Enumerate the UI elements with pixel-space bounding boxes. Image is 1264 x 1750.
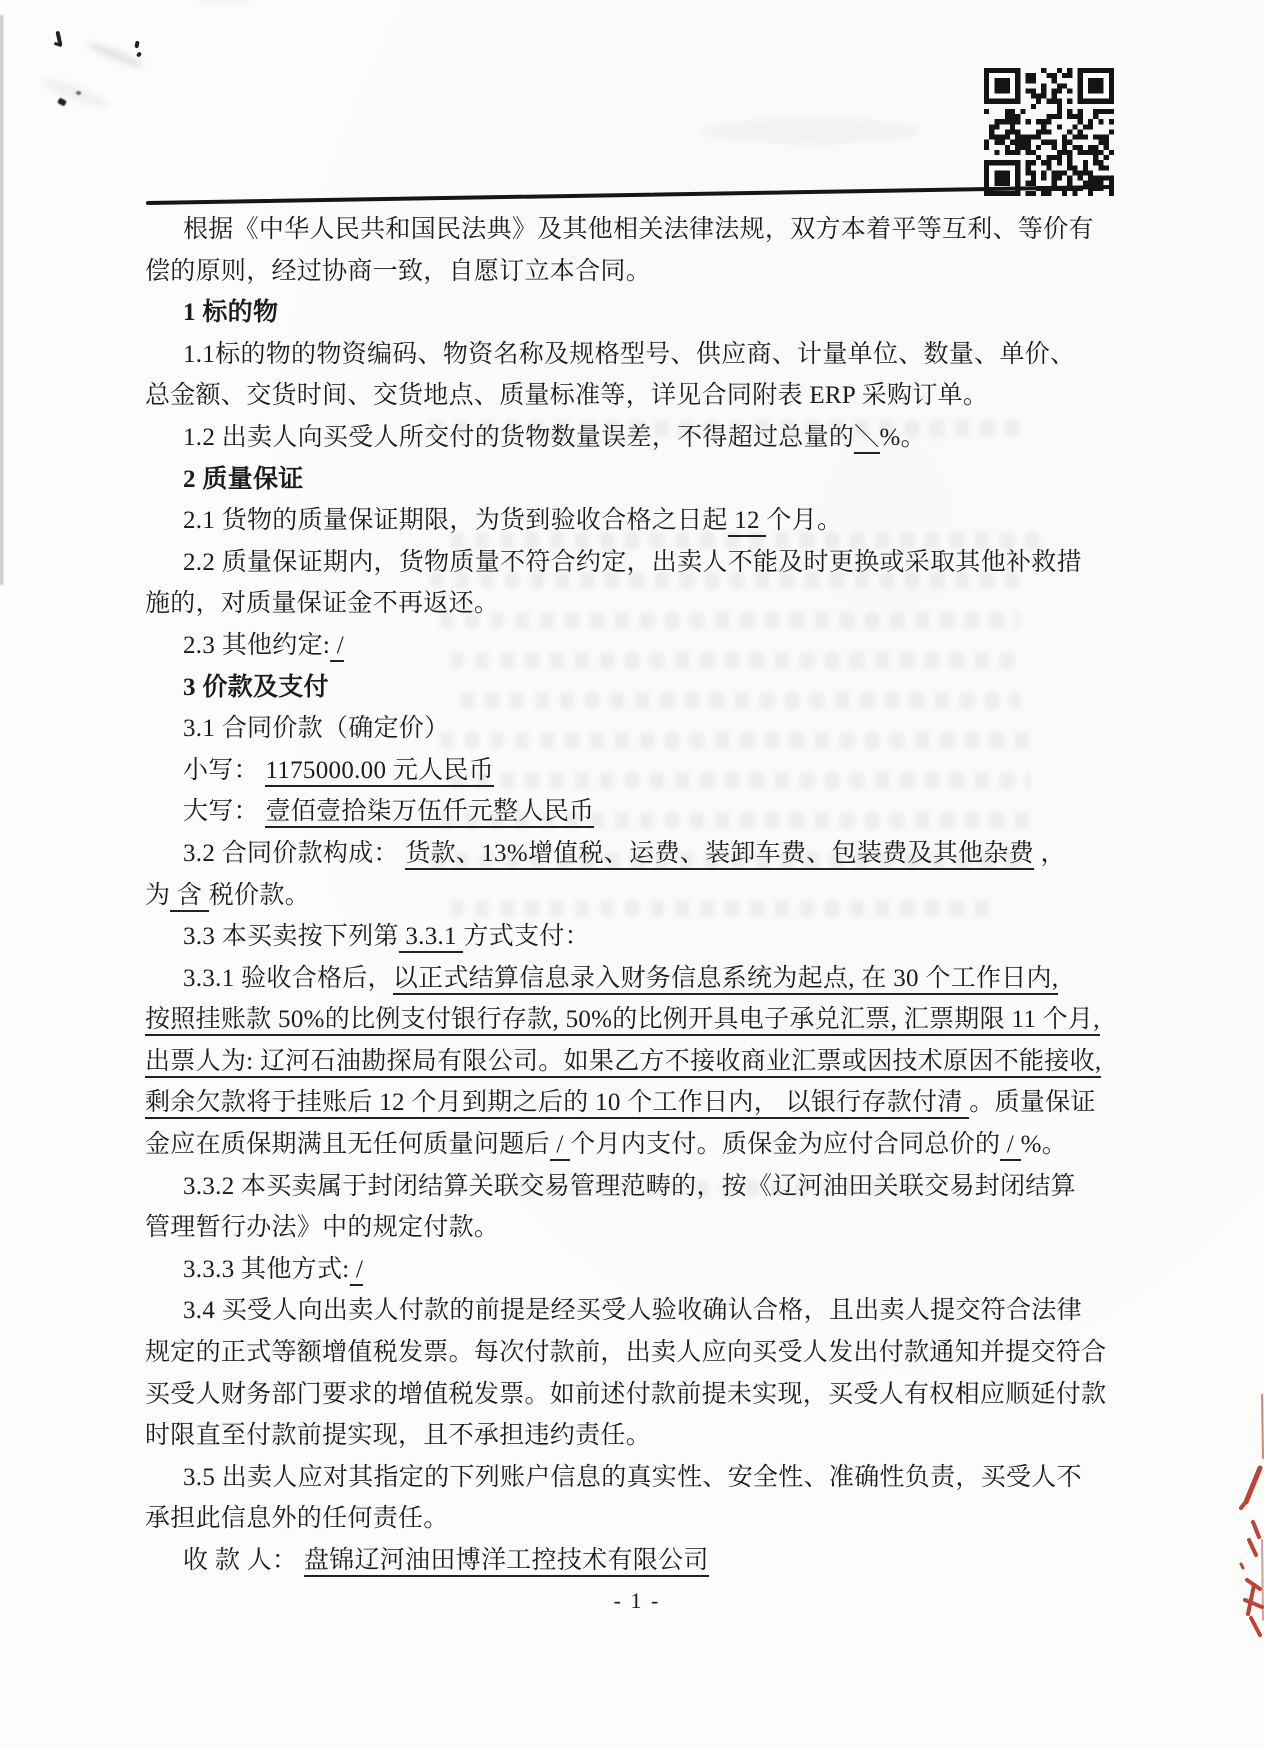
text-line: 为 含 税价款。: [145, 875, 1050, 917]
text-line: 小写： 1175000.00 元人民币: [145, 750, 1050, 792]
pen-mark: [136, 51, 142, 57]
text-line: 2.2 质量保证期内，货物质量不符合约定，出卖人不能及时更换或采取其他补救措: [145, 542, 1050, 584]
text-line: 3.3.2 本买卖属于封闭结算关联交易管理范畴的，按《辽河油田关联交易封闭结算: [145, 1166, 1050, 1208]
text-line: 1 标的物: [145, 292, 1050, 334]
text-line: 1.2 出卖人向买受人所交付的货物数量误差，不得超过总量的＼%。: [145, 417, 1050, 459]
text-line: 出票人为: 辽河石油勘探局有限公司。如果乙方不接收商业汇票或因技术原因不能接收,: [145, 1041, 1050, 1083]
page-number: - 1 -: [10, 1588, 1264, 1614]
qr-code: [984, 68, 1114, 196]
text-line: 总金额、交货时间、交货地点、质量标准等，详见合同附表 ERP 采购订单。: [145, 375, 1050, 417]
text-line: 偿的原则，经过协商一致，自愿订立本合同。: [145, 251, 1050, 293]
text-line: 剩余欠款将于挂账后 12 个月到期之后的 10 个工作日内， 以银行存款付清 。…: [145, 1082, 1050, 1124]
text-line: 规定的正式等额增值税发票。每次付款前，出卖人应向买受人发出付款通知并提交符合: [145, 1332, 1050, 1374]
pen-mark: [134, 41, 139, 49]
text-line: 金应在质保期满且无任何质量问题后 / 个月内支付。质保金为应付合同总价的 / %…: [145, 1124, 1050, 1166]
scan-edge-shadow: [0, 15, 3, 585]
text-line: 买受人财务部门要求的增值税发票。如前述付款前提未实现，买受人有权相应顺延付款: [145, 1374, 1050, 1416]
scan-smudge: [193, 0, 253, 4]
text-line: 根据《中华人民共和国民法典》及其他相关法律法规，双方本着平等互利、等价有: [145, 209, 1050, 251]
text-line: 施的，对质量保证金不再返还。: [145, 583, 1050, 625]
text-line: 按照挂账款 50%的比例支付银行存款, 50%的比例开具电子承兑汇票, 汇票期限…: [145, 999, 1050, 1041]
text-line: 3.3.3 其他方式: /: [145, 1249, 1050, 1291]
contract-body: 根据《中华人民共和国民法典》及其他相关法律法规，双方本着平等互利、等价有偿的原则…: [145, 209, 1050, 1582]
scan-smudge: [700, 118, 920, 144]
scanned-contract-page: 根据《中华人民共和国民法典》及其他相关法律法规，双方本着平等互利、等价有偿的原则…: [0, 0, 1264, 1750]
text-line: 收 款 人： 盘锦辽河油田博洋工控技术有限公司: [145, 1540, 1050, 1582]
text-line: 2.3 其他约定: /: [145, 625, 1050, 667]
pen-mark: [57, 97, 67, 106]
text-line: 管理暂行办法》中的规定付款。: [145, 1207, 1050, 1249]
text-line: 时限直至付款前提实现，且不承担违约责任。: [145, 1415, 1050, 1457]
text-line: 2 质量保证: [145, 459, 1050, 501]
text-line: 承担此信息外的任何责任。: [145, 1498, 1050, 1540]
text-line: 1.1标的物的物资编码、物资名称及规格型号、供应商、计量单位、数量、单价、: [145, 334, 1050, 376]
text-line: 大写： 壹佰壹拾柒万伍仟元整人民币: [145, 791, 1050, 833]
text-line: 3 价款及支付: [145, 667, 1050, 709]
text-line: 3.1 合同价款（确定价）: [145, 708, 1050, 750]
text-line: 3.5 出卖人应对其指定的下列账户信息的真实性、安全性、准确性负责，买受人不: [145, 1457, 1050, 1499]
red-stamp-fragment: [1238, 1390, 1264, 1640]
header-rule: [146, 185, 1112, 205]
text-line: 2.1 货物的质量保证期限，为货到验收合格之日起 12 个月。: [145, 500, 1050, 542]
text-line: 3.3.1 验收合格后，以正式结算信息录入财务信息系统为起点, 在 30 个工作…: [145, 958, 1050, 1000]
scan-smudge: [40, 74, 111, 111]
text-line: 3.4 买受人向出卖人付款的前提是经买受人验收确认合格，且出卖人提交符合法律: [145, 1290, 1050, 1332]
text-line: 3.2 合同价款构成： 货款、13%增值税、运费、装卸车费、包装费及其他杂费 ，: [145, 833, 1050, 875]
text-line: 3.3 本买卖按下列第 3.3.1 方式支付：: [145, 916, 1050, 958]
